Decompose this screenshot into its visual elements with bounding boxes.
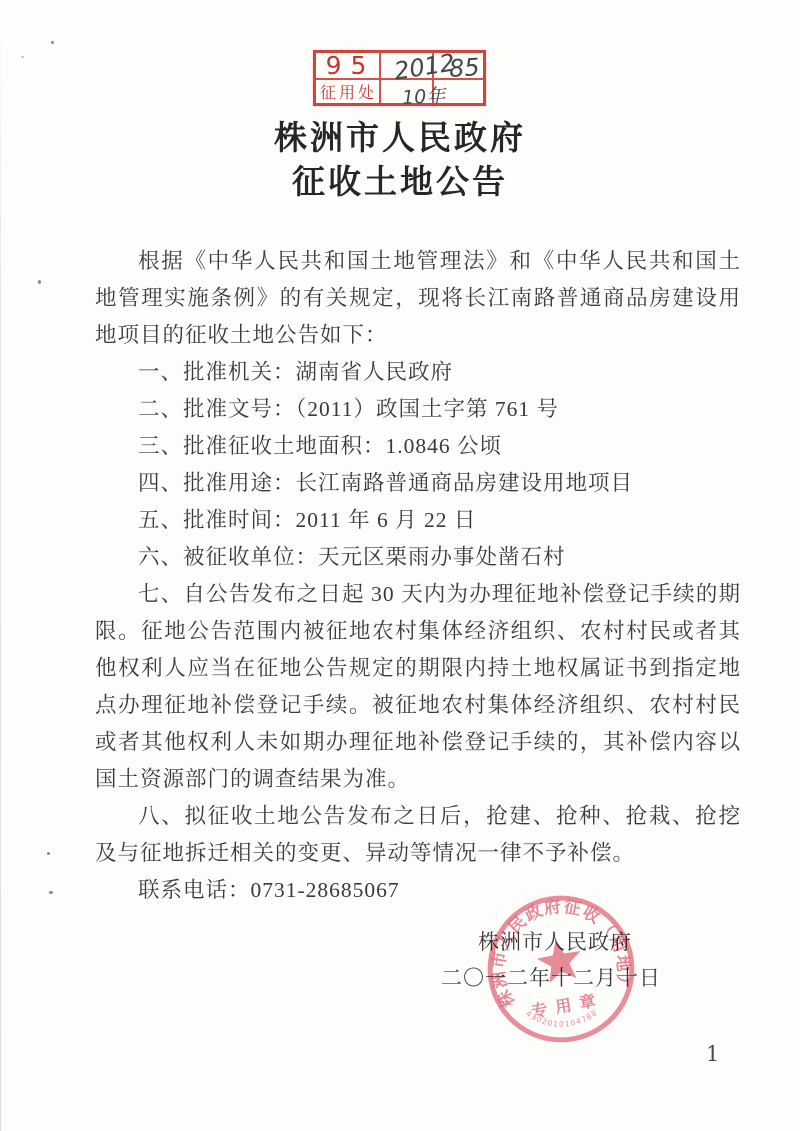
page-title-line2: 征收土地公告	[0, 156, 800, 203]
page-title-line1: 株洲市人民政府	[0, 112, 800, 159]
handwritten-issue-number: 85	[448, 53, 480, 83]
seal-star-icon	[534, 935, 585, 984]
announcement-item-4: 四、批准用途：长江南路普通商品房建设用地项目	[95, 465, 741, 502]
announcement-item-7: 七、自公告发布之日起 30 天内为办理征地补偿登记手续的期限。征地公告范围内被征…	[95, 576, 741, 798]
handwritten-duration: 10年	[401, 81, 446, 110]
document-page: 95 征用处 2012 85 10年 株洲市人民政府 征收土地公告 根据《中华人…	[0, 0, 800, 1131]
scan-edge-shadow	[0, 0, 1, 1131]
stamp-register-number: 95	[316, 53, 381, 80]
announcement-body: 根据《中华人民共和国土地管理法》和《中华人民共和国土地管理实施条例》的有关规定，…	[95, 243, 741, 909]
announcement-item-5: 五、批准时间：2011 年 6 月 22 日	[95, 502, 741, 539]
scan-speck	[51, 41, 54, 44]
official-seal: 株洲市人民政府征收（用地） 专用章 4302010104788	[481, 889, 641, 1049]
page-number: 1	[706, 1042, 719, 1066]
announcement-item-8: 八、拟征收土地公告发布之日后，抢建、抢种、抢栽、抢挖及与征地拆迁相关的变更、异动…	[95, 798, 741, 872]
scan-speck	[49, 891, 53, 894]
stamp-department-label: 征用处	[316, 80, 381, 103]
contact-line: 联系电话：0731-28685067	[95, 872, 741, 909]
announcement-item-6: 六、被征收单位：天元区栗雨办事处凿石村	[95, 539, 741, 576]
announcement-item-3: 三、批准征收土地面积：1.0846 公顷	[95, 428, 741, 465]
scan-speck	[38, 280, 41, 284]
announcement-item-2: 二、批准文号：（2011）政国土字第 761 号	[95, 391, 741, 428]
intro-paragraph: 根据《中华人民共和国土地管理法》和《中华人民共和国土地管理实施条例》的有关规定，…	[95, 243, 741, 354]
announcement-item-1: 一、批准机关：湖南省人民政府	[95, 354, 741, 391]
scan-speck	[21, 56, 24, 58]
scan-speck	[47, 852, 50, 855]
file-number-stamp: 95 征用处 2012 85 10年	[313, 50, 486, 106]
